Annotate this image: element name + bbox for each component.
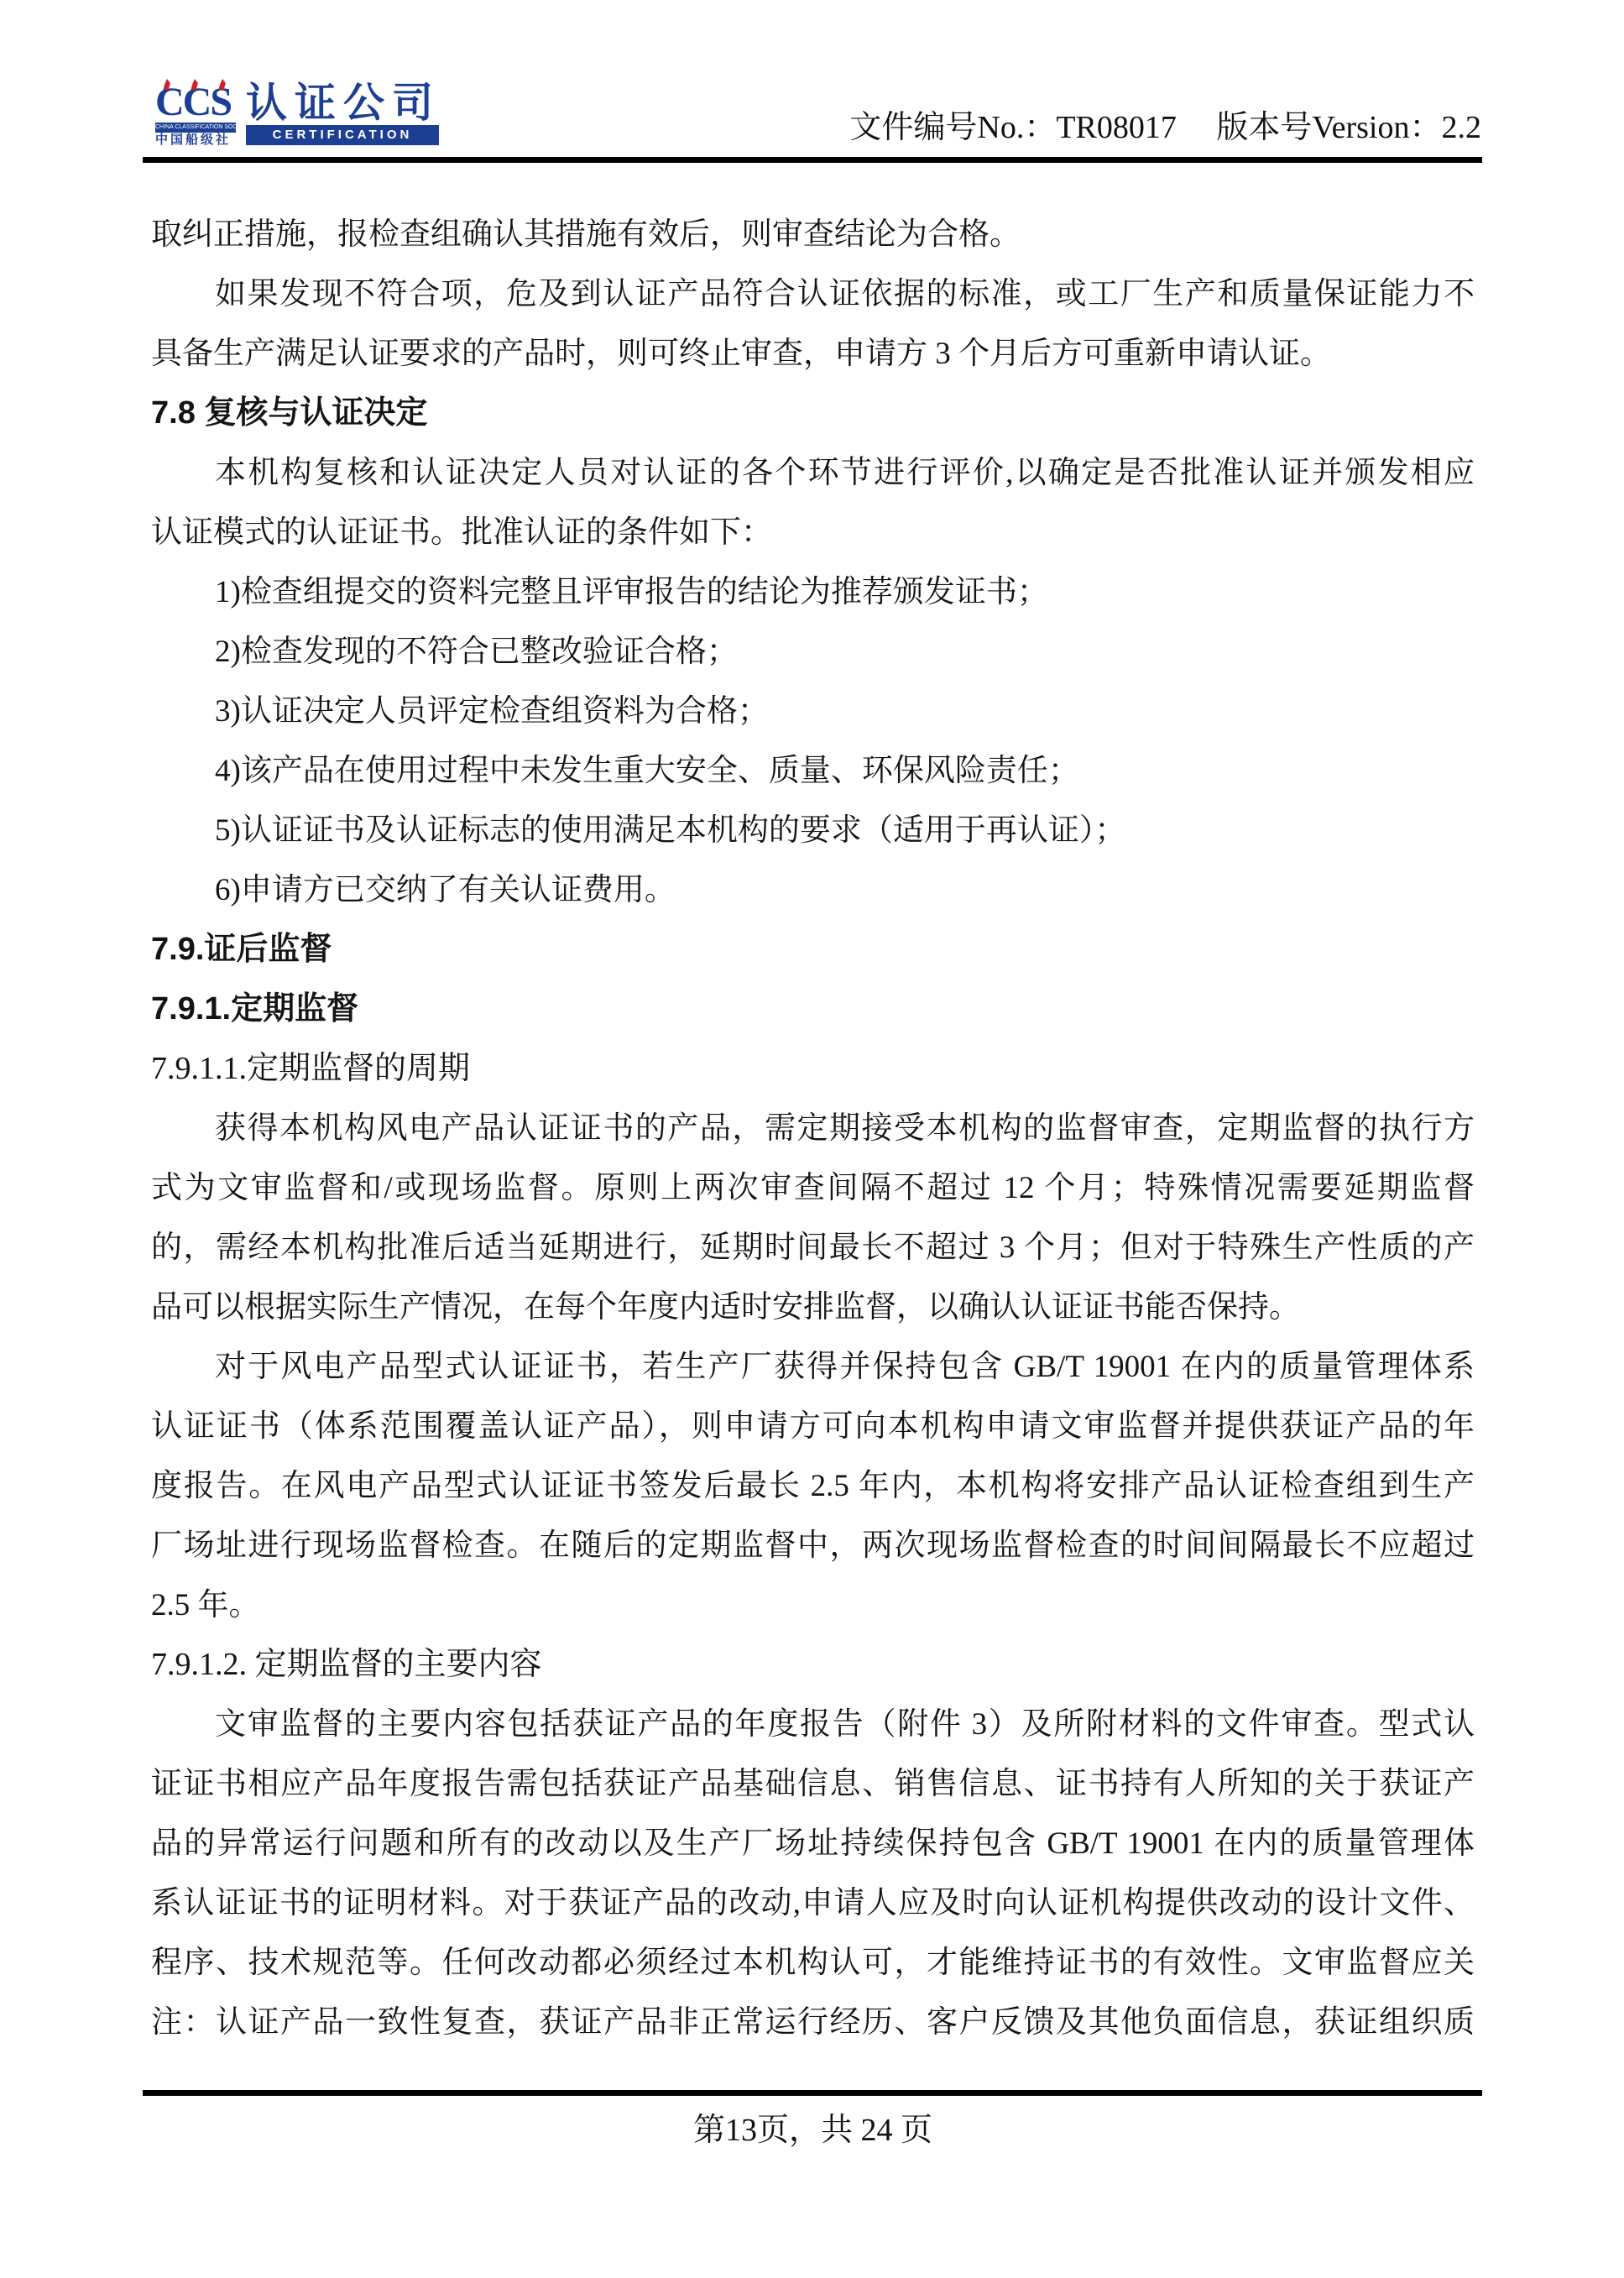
text-line: 1)检查组提交的资料完整且评审报告的结论为推荐颁发证书； — [151, 562, 1475, 622]
header-rule — [143, 157, 1482, 163]
text-line: 6)申请方已交纳了有关认证费用。 — [151, 860, 1475, 920]
document-page: CCS CHINA CLASSIFICATION SOCIETY 中国船级社 认… — [0, 0, 1624, 2278]
text-line: 度报告。在风电产品型式认证证书签发后最长 2.5 年内，本机构将安排产品认证检查… — [151, 1456, 1475, 1516]
logo-company-name-cn: 认证公司 — [246, 84, 439, 123]
text-line: 的，需经本机构批准后适当延期进行，延期时间最长不超过 3 个月；但对于特殊生产性… — [151, 1218, 1475, 1277]
text-line: 系认证证书的证明材料。对于获证产品的改动,申请人应及时向认证机构提供改动的设计文… — [151, 1873, 1475, 1933]
text-line: 厂场址进行现场监督检查。在随后的定期监督中，两次现场监督检查的时间间隔最长不应超… — [151, 1516, 1475, 1575]
ccs-logo-left: CCS CHINA CLASSIFICATION SOCIETY 中国船级社 — [155, 84, 236, 148]
text-line: 认证模式的认证证书。批准认证的条件如下： — [151, 503, 1475, 562]
text-line: 品可以根据实际生产情况，在每个年度内适时安排监督，以确认认证证书能否保持。 — [151, 1277, 1475, 1337]
text-line: 本机构复核和认证决定人员对认证的各个环节进行评价,以确定是否批准认证并颁发相应 — [151, 443, 1475, 503]
document-number: 文件编号No.：TR08017 版本号Version：2.2 — [849, 107, 1481, 148]
footer-rule — [143, 2090, 1482, 2096]
text-line: 对于风电产品型式认证证书，若生产厂获得并保持包含 GB/T 19001 在内的质… — [151, 1337, 1475, 1397]
ccs-logo: CCS CHINA CLASSIFICATION SOCIETY 中国船级社 认… — [155, 84, 439, 148]
logo-society-name: CHINA CLASSIFICATION SOCIETY — [155, 123, 236, 133]
heading-line: 7.9.证后监督 — [151, 920, 1475, 980]
logo-society-name-cn: 中国船级社 — [155, 133, 236, 148]
text-line: 式为文审监督和/或现场监督。原则上两次审查间隔不超过 12 个月；特殊情况需要延… — [151, 1158, 1475, 1218]
body-text: 取纠正措施，报检查组确认其措施有效后，则审查结论为合格。如果发现不符合项，危及到… — [151, 205, 1475, 2052]
text-line: 2)检查发现的不符合已整改验证合格； — [151, 622, 1475, 682]
heading-line: 7.9.1.1.定期监督的周期 — [151, 1039, 1475, 1099]
text-line: 4)该产品在使用过程中未发生重大安全、质量、环保风险责任； — [151, 741, 1475, 801]
heading-line: 7.8 复核与认证决定 — [151, 384, 1475, 443]
text-line: 5)认证证书及认证标志的使用满足本机构的要求（适用于再认证）； — [151, 801, 1475, 860]
heading-line: 7.9.1.2. 定期监督的主要内容 — [151, 1635, 1475, 1695]
page-number: 第13页，共 24 页 — [151, 2103, 1475, 2158]
text-line: 3)认证决定人员评定检查组资料为合格； — [151, 682, 1475, 741]
text-line: 品的异常运行问题和所有的改动以及生产厂场址持续保持包含 GB/T 19001 在… — [151, 1814, 1475, 1873]
text-line: 具备生产满足认证要求的产品时，则可终止审查，申请方 3 个月后方可重新申请认证。 — [151, 324, 1475, 384]
ccs-logo-right: 认证公司 CERTIFICATION — [246, 84, 439, 145]
text-line: 程序、技术规范等。任何改动都必须经过本机构认可，才能维持证书的有效性。文审监督应… — [151, 1933, 1475, 1993]
text-line: 2.5 年。 — [151, 1575, 1475, 1635]
text-line: 证证书相应产品年度报告需包括获证产品基础信息、销售信息、证书持有人所知的关于获证… — [151, 1754, 1475, 1814]
text-line: 认证证书（体系范围覆盖认证产品），则申请方可向本机构申请文审监督并提供获证产品的… — [151, 1397, 1475, 1456]
text-line: 如果发现不符合项，危及到认证产品符合认证依据的标准，或工厂生产和质量保证能力不 — [151, 264, 1475, 324]
text-line: 取纠正措施，报检查组确认其措施有效后，则审查结论为合格。 — [151, 205, 1475, 264]
text-line: 获得本机构风电产品认证证书的产品，需定期接受本机构的监督审查，定期监督的执行方 — [151, 1099, 1475, 1158]
text-line: 文审监督的主要内容包括获证产品的年度报告（附件 3）及所附材料的文件审查。型式认 — [151, 1695, 1475, 1754]
text-line: 注：认证产品一致性复查，获证产品非正常运行经历、客户反馈及其他负面信息，获证组织… — [151, 1993, 1475, 2052]
logo-certification-bar: CERTIFICATION — [246, 125, 439, 145]
heading-line: 7.9.1.定期监督 — [151, 980, 1475, 1039]
